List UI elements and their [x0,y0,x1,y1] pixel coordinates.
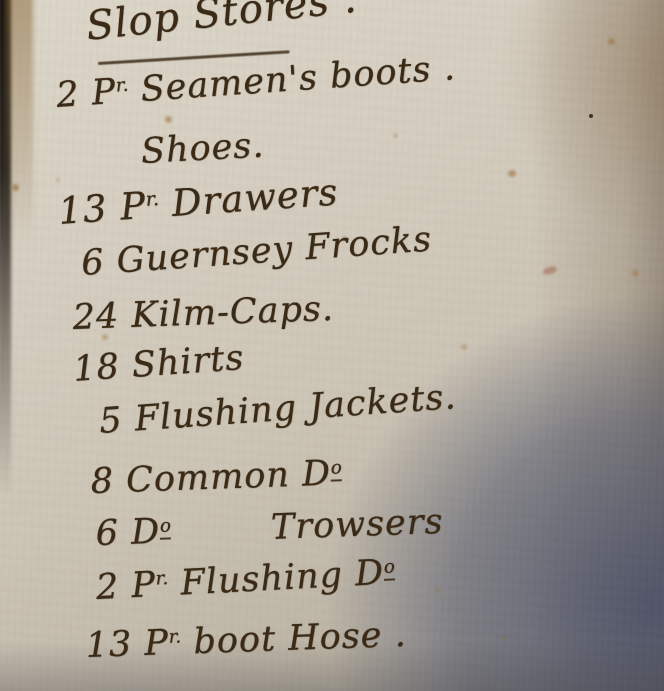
handwritten-text-run: 13 P [85,623,170,666]
handwritten-text-run: boot Hose . [181,615,408,663]
handwritten-text-run: 6 D [95,512,161,554]
entry-line: 2 Pr. Seamen's boots . [55,48,457,116]
superscript-abbreviation: o [160,515,172,539]
entry-line: 6 Guernsey Frocks [80,219,433,283]
entry-line: 13 Pr. boot Hose . [85,615,407,666]
superscript-abbreviation: o [383,556,395,581]
handwritten-text-run: 13 P [57,184,148,233]
entry-line: 13 Pr. Drawers [57,170,340,232]
entry-line: 6 DoTrowsers [95,502,444,554]
entry-line: 8 Common Do [90,453,343,502]
handwritten-text-run [171,539,271,542]
handwritten-text-run: Trowsers [270,502,444,548]
entry-line: 5 Flushing Jackets. [98,377,458,442]
handwritten-text-run: Shoes. [140,126,265,172]
handwritten-text-run: 18 Shirts [72,338,246,390]
handwritten-text-run: 24 Kilm-Caps. [72,289,335,338]
superscript-abbreviation: r. [168,626,181,647]
slop-stores-list: Slop Stores .2 Pr. Seamen's boots .Shoes… [0,0,664,691]
handwritten-text-run: Slop Stores . [84,0,359,50]
superscript-abbreviation: o [330,457,342,481]
entry-line: 18 Shirts [72,338,246,390]
handwritten-text-run: 8 Common D [90,454,332,502]
entry-line: Shoes. [140,126,265,172]
handwritten-text-run: Drawers [158,170,340,225]
entry-line: 24 Kilm-Caps. [72,289,335,338]
handwritten-text-run: 6 Guernsey Frocks [80,219,433,283]
entry-line: 2 Pr. Flushing Do [95,552,396,608]
handwritten-text-run: D [354,553,385,594]
handwritten-text-run: 2 P [95,565,157,608]
handwritten-text-run: 5 Flushing Jackets. [98,377,458,442]
handwritten-text-run: Flushing [167,554,356,604]
manuscript-page: Slop Stores .2 Pr. Seamen's boots .Shoes… [0,0,664,691]
page-heading: Slop Stores . [84,0,359,50]
handwritten-text-run: 2 P [55,72,118,116]
